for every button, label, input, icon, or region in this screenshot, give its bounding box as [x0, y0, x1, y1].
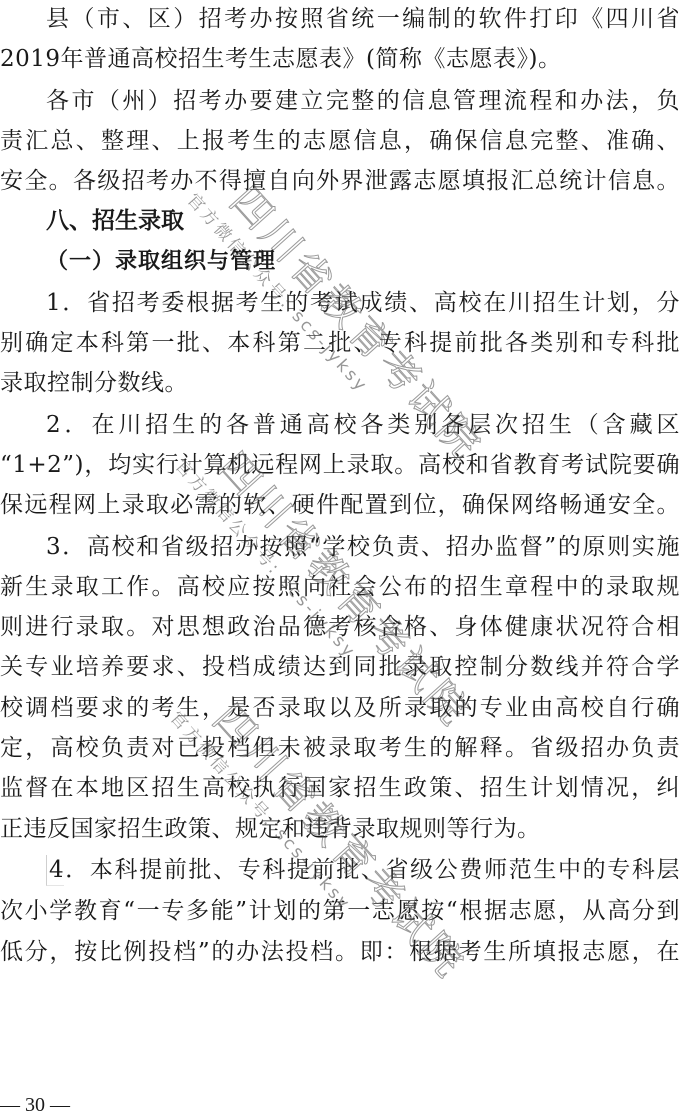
text-line: 别确定本科第一批、本科第二批、专科提前批各类别和专科批 [0, 328, 680, 358]
page-number: — 30 — [0, 1094, 70, 1116]
text-line: 次小学教育“一专多能”计划的第一志愿按“根据志愿，从高分到 [0, 896, 680, 926]
text-line: 责汇总、整理、上报考生的志愿信息，确保信息完整、准确、 [0, 126, 680, 156]
text-line: 校调档要求的考生，是否录取以及所录取的专业由高校自行确 [0, 693, 680, 723]
text-line: “1+2”)，均实行计算机远程网上录取。高校和省教育考试院要确 [0, 450, 680, 480]
text-line: 保远程网上录取必需的软、硬件配置到位，确保网络畅通安全。 [0, 490, 680, 520]
text-line: 低分，按比例投档”的办法投档。即：根据考生所填报志愿，在 [0, 937, 680, 967]
item-text: 本科提前批、专科提前批、省级公费师范生中的专科层 [90, 857, 680, 883]
list-item-line: 4．本科提前批、专科提前批、省级公费师范生中的专科层 [0, 855, 680, 885]
list-item-line: 1．省招考委根据考生的考试成绩、高校在川招生计划，分 [0, 288, 680, 318]
text-line: 安全。各级招考办不得擅自向外界泄露志愿填报汇总统计信息。 [0, 166, 680, 196]
item-number: 2． [46, 412, 91, 438]
document-page: 县（市、区）招考办按照省统一编制的软件打印《四川省 2019年普通高校招生考生志… [0, 0, 680, 1118]
text-line: 定，高校负责对已投档但未被录取考生的解释。省级招办负责 [0, 733, 680, 763]
list-item-line: 2．在川招生的各普通高校各类别各层次招生（含藏区 [0, 410, 680, 440]
text-line: 关专业培养要求、投档成绩达到同批录取控制分数线并符合学 [0, 652, 680, 682]
item-text: 在川招生的各普通高校各类别各层次招生（含藏区 [91, 412, 680, 438]
text-line: 正违反国家招生政策、规定和违背录取规则等行为。 [0, 814, 680, 844]
item-number: 3． [46, 534, 87, 560]
item-number: 4 [46, 855, 64, 886]
text-line: 新生录取工作。高校应按照向社会公布的招生章程中的录取规 [0, 572, 680, 602]
text-line: 各市（州）招考办要建立完整的信息管理流程和办法，负 [0, 86, 680, 116]
text-line: 2019年普通高校招生考生志愿表》(简称《志愿表》)。 [0, 44, 680, 74]
text-line: 则进行录取。对思想政治品德考核合格、身体健康状况符合相 [0, 612, 680, 642]
item-text: 省招考委根据考生的考试成绩、高校在川招生计划，分 [87, 290, 680, 316]
text-line: 录取控制分数线。 [0, 368, 680, 398]
list-item-line: 3．高校和省级招办按照“学校负责、招办监督”的原则实施 [0, 532, 680, 562]
item-number-suffix: ． [64, 857, 90, 883]
item-number: 1． [46, 290, 87, 316]
subsection-heading: （一）录取组织与管理 [46, 247, 276, 277]
text-line: 县（市、区）招考办按照省统一编制的软件打印《四川省 [0, 4, 680, 34]
item-text: 高校和省级招办按照“学校负责、招办监督”的原则实施 [87, 534, 680, 560]
section-heading: 八、招生录取 [46, 206, 184, 236]
text-line: 监督在本地区招生高校执行国家招生政策、招生计划情况，纠 [0, 773, 680, 803]
